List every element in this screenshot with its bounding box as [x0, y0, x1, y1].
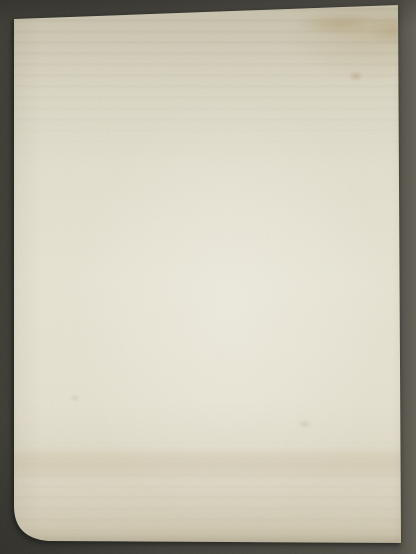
paper-contact-shadow	[0, 0, 416, 554]
photo	[0, 0, 416, 554]
paper-sheet	[0, 0, 416, 554]
stain-marks	[0, 0, 416, 554]
